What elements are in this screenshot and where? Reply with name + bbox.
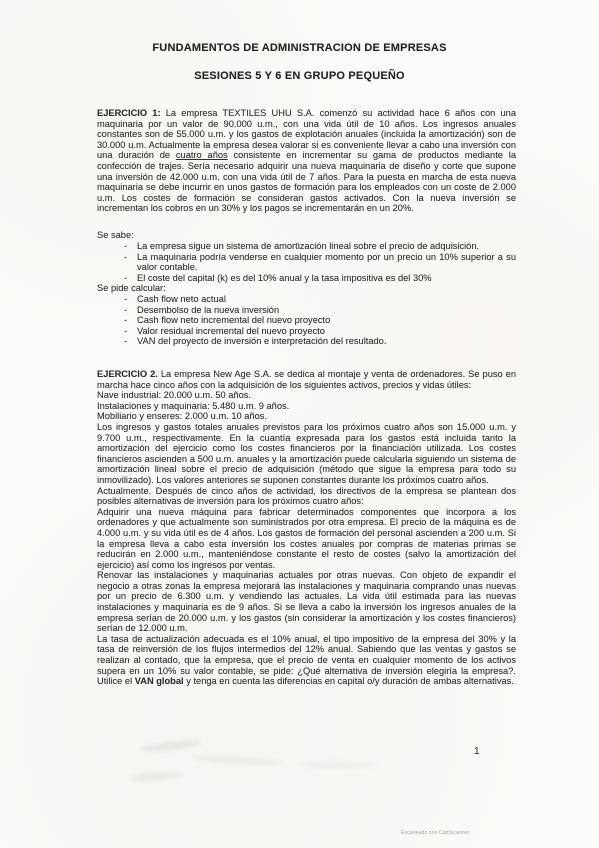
exercise2-heading: EJERCICIO 2. (97, 369, 158, 379)
ask-item-text: Cash flow neto actual (137, 294, 516, 305)
dash-bullet: - (124, 294, 137, 305)
exercise1-body: EJERCICIO 1: La empresa TEXTILES UHU S.A… (97, 108, 516, 214)
scan-smudge (140, 738, 203, 753)
dash-bullet: - (124, 273, 137, 284)
ask-item-text: VAN del proyecto de inversión e interpre… (137, 336, 516, 347)
dash-bullet: - (124, 336, 137, 347)
list-item: -Valor residual incremental del nuevo pr… (97, 326, 516, 337)
ask-item-text: Valor residual incremental del nuevo pro… (137, 326, 516, 337)
scanner-watermark: Escaneado con CamScanner (401, 830, 470, 836)
exercise2-finance-paragraph: Los ingresos y gastos totales anuales pr… (97, 422, 516, 486)
exercise2-alternatives-intro: Actualmente. Después de cinco años de ac… (97, 486, 516, 507)
exercise2-alternative-2: Renovar las instalaciones y maquinarias … (97, 570, 516, 634)
ask-label: Se pide calcular: (97, 283, 516, 294)
ask-item-text: Cash flow neto incremental del nuevo pro… (137, 315, 516, 326)
exercise2-intro-text: La empresa New Age S.A. se dedica al mon… (97, 369, 516, 390)
dash-bullet: - (124, 305, 137, 316)
know-label: Se sabe: (97, 230, 516, 241)
list-item: -VAN del proyecto de inversión e interpr… (97, 336, 516, 347)
exercise2-alternative-1: Adquirir una nueva máquina para fabricar… (97, 507, 516, 571)
list-item: -Cash flow neto incremental del nuevo pr… (97, 315, 516, 326)
exercise1-heading: EJERCICIO 1: (97, 108, 161, 118)
ask-item-text: Desembolso de la nueva inversión (137, 305, 516, 316)
list-item: -El coste del capital (k) es del 10% anu… (97, 273, 516, 284)
page-title: FUNDAMENTOS DE ADMINISTRACION DE EMPRESA… (0, 42, 599, 54)
exercise2-closing-text-2: y tenga en cuenta las diferencias en cap… (184, 676, 514, 686)
exercise2-closing: La tasa de actualización adecuada es el … (97, 634, 516, 687)
exercise1-paragraph: EJERCICIO 1: La empresa TEXTILES UHU S.A… (97, 108, 516, 214)
asset-line: Instalaciones y maquinaria: 5.480 u.m. 9… (97, 401, 516, 412)
dash-bullet: - (124, 241, 137, 252)
exercise1-underlined-text: cuatro años (176, 150, 228, 160)
ask-list: -Cash flow neto actual -Desembolso de la… (97, 294, 516, 347)
know-list: -La empresa sigue un sistema de amortiza… (97, 241, 516, 283)
know-item-text: La maquinaria podría venderse en cualqui… (137, 252, 516, 273)
exercise2-intro: EJERCICIO 2. La empresa New Age S.A. se … (97, 369, 516, 390)
page-subtitle: SESIONES 5 Y 6 EN GRUPO PEQUEÑO (0, 70, 599, 82)
know-item-text: El coste del capital (k) es del 10% anua… (137, 273, 516, 284)
asset-line: Nave industrial: 20.000 u.m. 50 años. (97, 390, 516, 401)
exercise2-block: EJERCICIO 2. La empresa New Age S.A. se … (97, 369, 516, 687)
scan-smudge (192, 755, 284, 767)
exercise2-closing-bold: VAN global (135, 676, 184, 686)
know-item-text: La empresa sigue un sistema de amortizac… (137, 241, 516, 252)
asset-line: Mobiliario y enseres: 2.000 u.m. 10 años… (97, 411, 516, 422)
list-item: -La maquinaria podría venderse en cualqu… (97, 252, 516, 273)
dash-bullet: - (124, 315, 137, 326)
scan-smudge (298, 762, 376, 768)
page-number: 1 (474, 746, 480, 757)
dash-bullet: - (124, 326, 137, 337)
list-item: -La empresa sigue un sistema de amortiza… (97, 241, 516, 252)
list-item: -Cash flow neto actual (97, 294, 516, 305)
dash-bullet: - (124, 252, 137, 273)
scan-smudge (130, 770, 183, 783)
list-item: -Desembolso de la nueva inversión (97, 305, 516, 316)
document-page: FUNDAMENTOS DE ADMINISTRACION DE EMPRESA… (0, 0, 599, 848)
